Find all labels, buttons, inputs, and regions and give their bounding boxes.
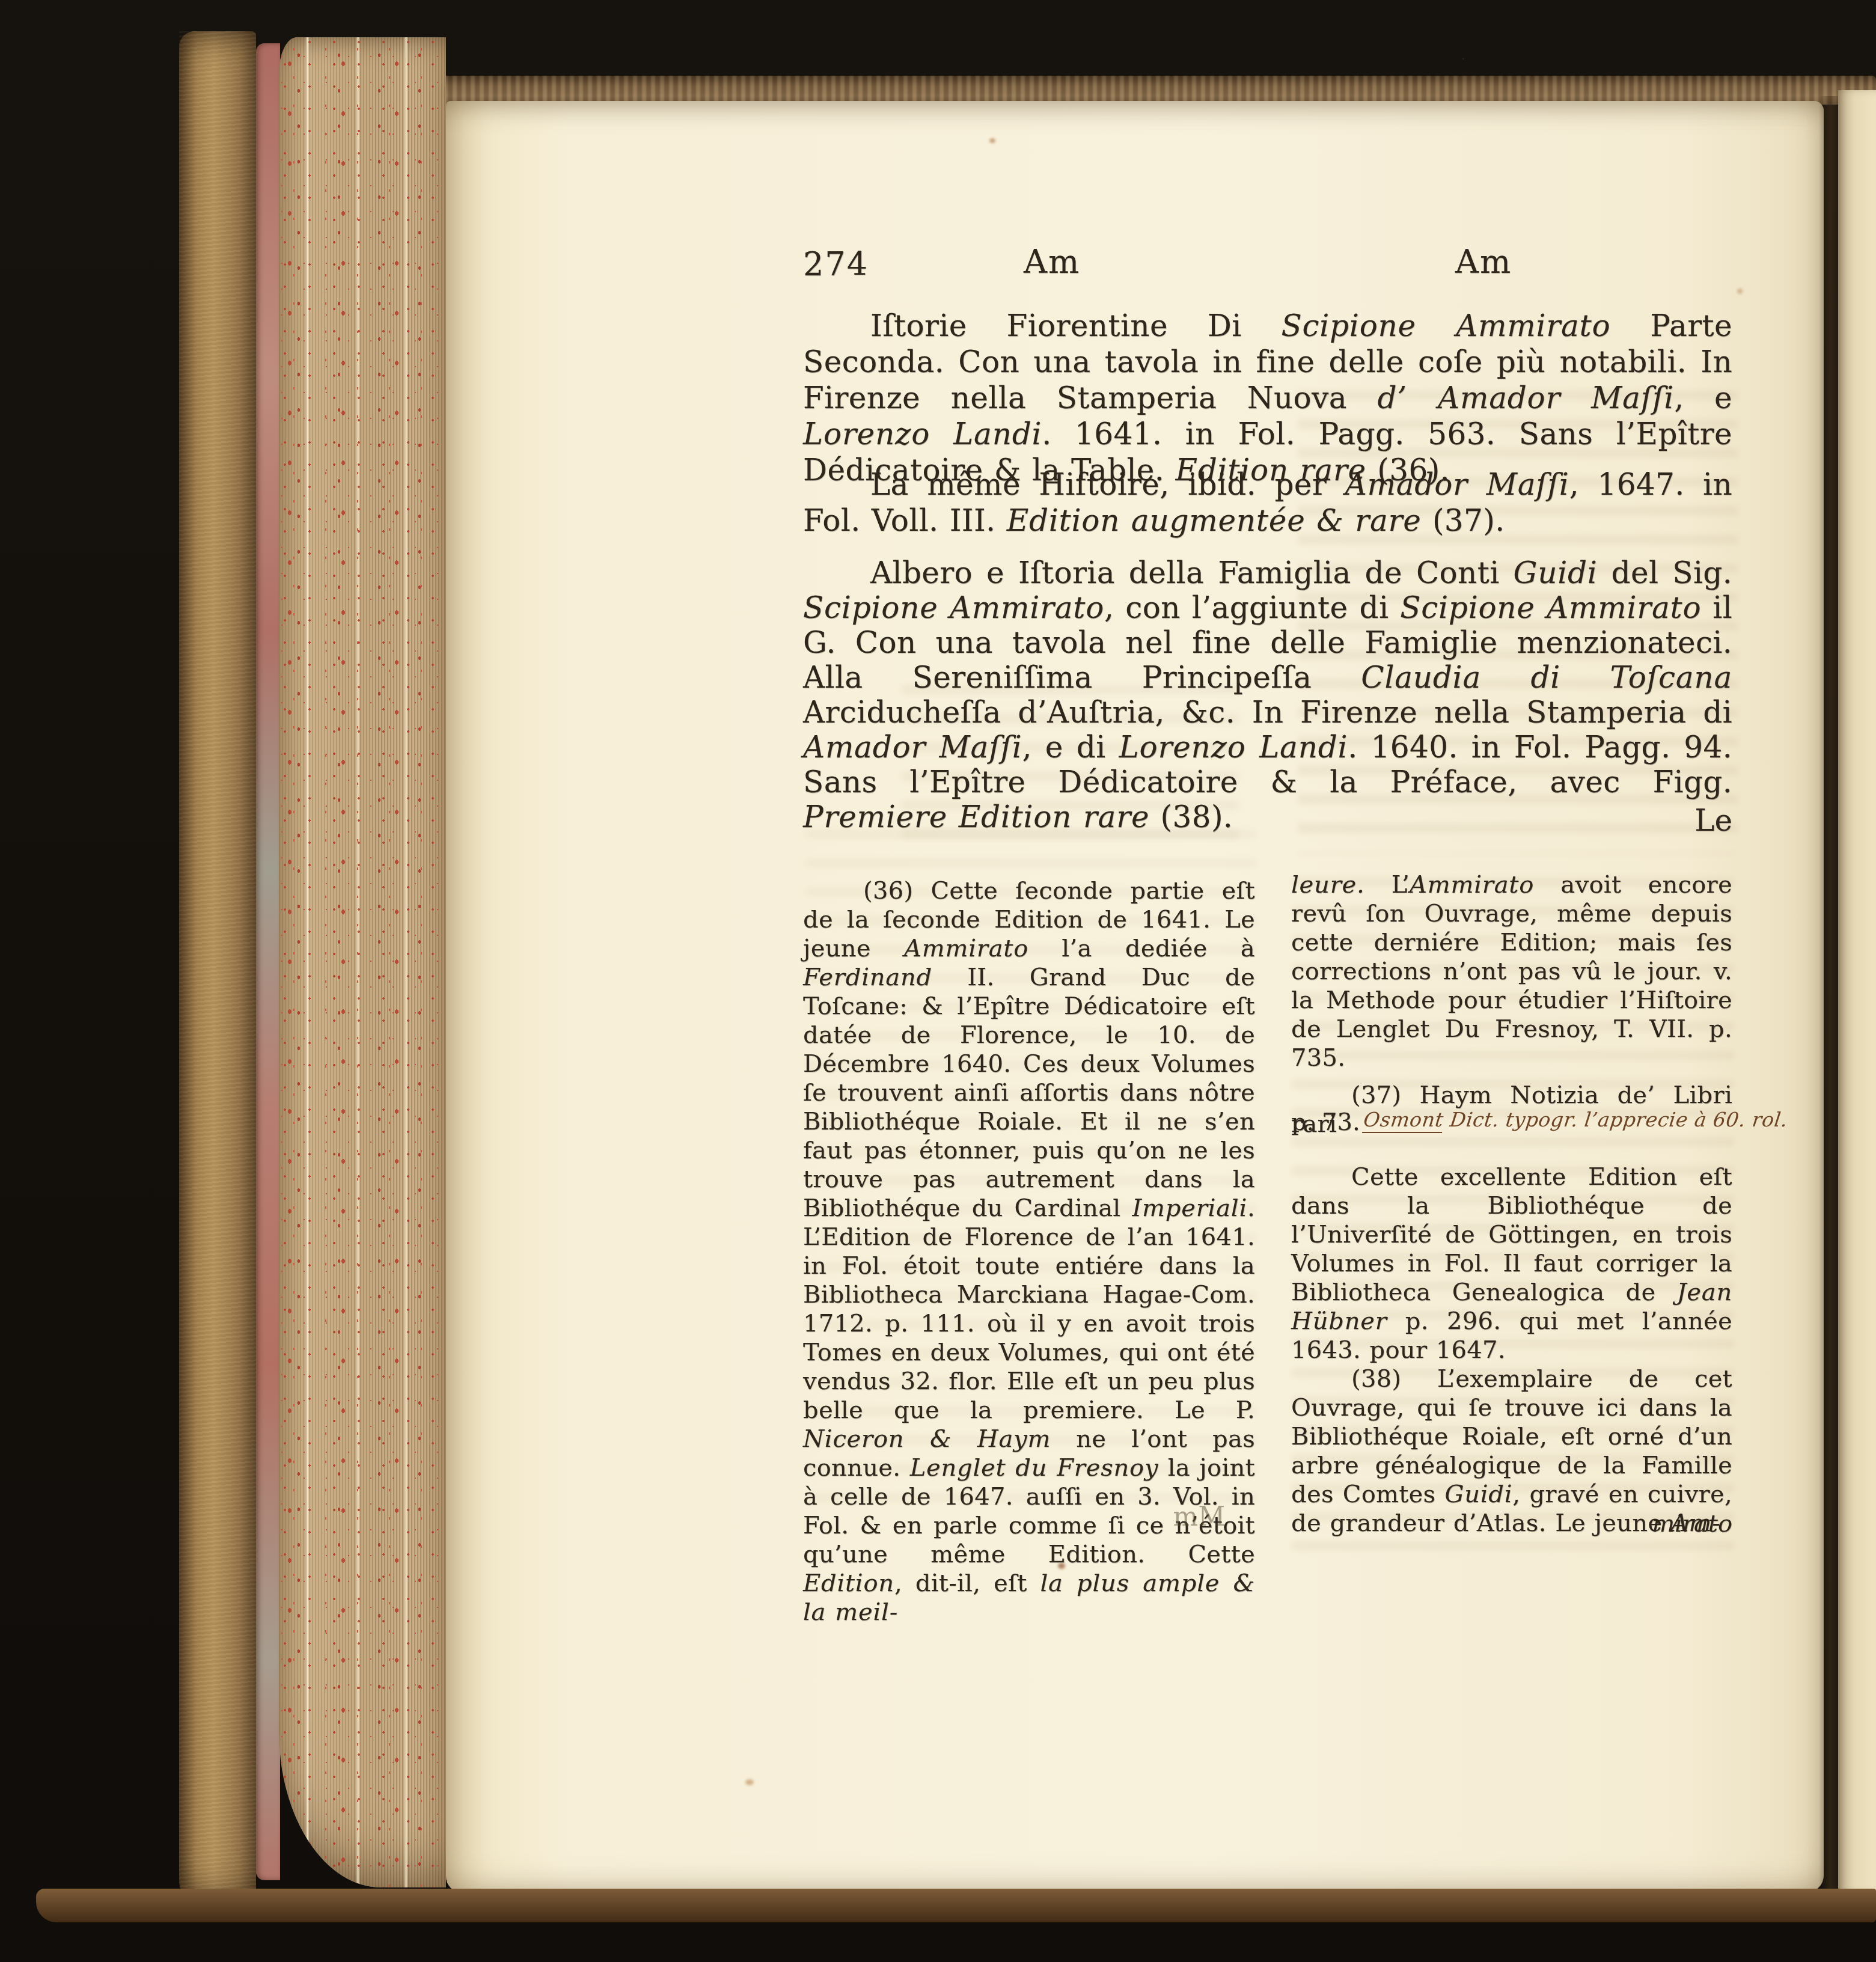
handwritten-annotation-lead: Osmont — [1362, 1108, 1445, 1133]
running-head-right: Am — [1429, 243, 1538, 281]
page-number: 274 — [803, 245, 869, 283]
red-speckle-decoration — [279, 37, 446, 1887]
marbled-endpaper-edge — [256, 43, 280, 1880]
bottom-board-edge — [36, 1889, 1876, 1922]
entry-paragraph-istorie-fiorentine: Iſtorie Fiorentine Di Scipione Ammirato … — [803, 308, 1732, 488]
handwritten-annotation: Osmont Dict. typogr. l’apprecie à 60. ro… — [1362, 1108, 1789, 1131]
running-head-left: Am — [998, 243, 1106, 281]
entry-paragraph-albero-e-istoria: Albero e Iſtoria della Famiglia de Conti… — [803, 555, 1732, 834]
gutter-shadow — [1819, 96, 1839, 1892]
handwritten-annotation-rest: Dict. typogr. l’apprecie à 60. rol. — [1442, 1108, 1789, 1131]
footnote-36-continuation: leure. L’Ammirato avoit encore revû ſon … — [1291, 870, 1732, 1072]
footnote-37-page-ref-row: p. 73. Osmont Dict. typogr. l’apprecie à… — [1291, 1108, 1732, 1136]
signature-mark: mM — [1139, 1502, 1259, 1532]
foxing-spot — [745, 1779, 754, 1785]
text-block-top-edge — [263, 76, 1876, 105]
leather-board-edge — [179, 31, 256, 1904]
foxing-spot — [1737, 289, 1743, 294]
page-stack-fore-edge — [279, 37, 446, 1887]
catchword-mirato: mirato — [1563, 1510, 1732, 1538]
catchword-le: Le — [1563, 803, 1732, 838]
foxing-spot — [989, 138, 995, 143]
footnote-37-paragraph2: Cette excellente Edition eſt dans la Bib… — [1291, 1163, 1732, 1365]
entry-paragraph-la-meme-histoire: La même Hiſtoire, ibid. per Amador Maſſi… — [803, 466, 1732, 539]
book-photograph: 274 Am Am Iſtorie Fiorentine Di Scipione… — [0, 0, 1876, 1962]
facing-page-sliver — [1838, 90, 1876, 1893]
footnote-37-page-ref: p. 73. — [1291, 1108, 1360, 1136]
